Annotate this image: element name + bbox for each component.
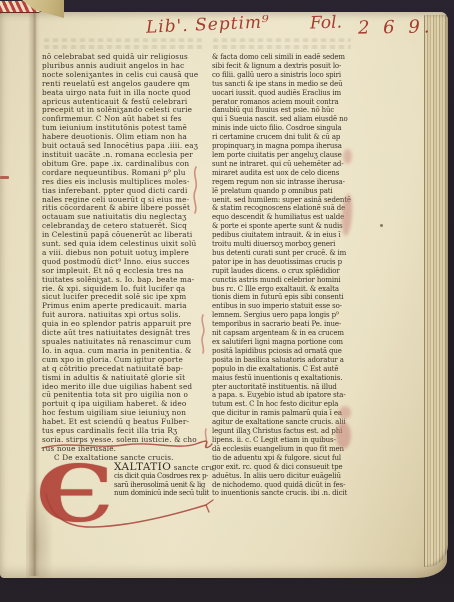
margin-red-dash xyxy=(0,176,9,179)
red-offset-smudge xyxy=(336,422,351,449)
text-line: posita in basilica saluatoris adoratur a xyxy=(212,356,354,365)
gutter-squiggle-2 xyxy=(198,314,208,354)
text-line: lē prelatum quando p omnibus pati xyxy=(212,187,354,196)
text-line: lem porte ciuitatis per angeluʒ clause xyxy=(212,151,354,160)
text-line: & facta domo celi simili in eadē sedem xyxy=(212,53,354,62)
text-line: positā lapidibus pciosis ad ornatā que xyxy=(212,347,354,356)
text-line: & statim recognoscens elationē suā de xyxy=(212,204,354,213)
text-line: propinquarʒ in magna pompa iherusa xyxy=(212,142,354,151)
text-line: qui ī Sueuia nascit. sed aliam eiusdē no xyxy=(212,115,354,124)
text-line: miraret audita est uox de celo dicens xyxy=(212,169,354,178)
text-line: tionis diem in futurū epis sibi consenti xyxy=(212,293,354,302)
text-line: perator romanos aciem mouit contra xyxy=(212,98,354,107)
text-line: troitu multi diuersoʒ morboʒ generi xyxy=(212,240,354,249)
text-line: que dicitur in ramis palmarū quia ī ea xyxy=(212,409,354,418)
book-photo: Lib'. Septim⁹ Fol. 2 6 9. nō celebrabat … xyxy=(0,0,454,602)
text-line: rupit laudes dicens. o crux splēdidior xyxy=(212,267,354,276)
text-line: co filii. gallū uero a sinistris loco sp… xyxy=(212,71,354,80)
text-line: sunt ne intraret. qui cū uehemēter ad- xyxy=(212,160,354,169)
text-line: & porte ei sponte aperte sunt & nudis xyxy=(212,222,354,231)
text-line: pedibus ciuitatem intrauit. & in eius ī xyxy=(212,231,354,240)
text-line: bus rc. C Ille ergo exaltauit. & exalta xyxy=(212,285,354,294)
showthrough-right xyxy=(213,38,351,50)
text-line: pter auctoritatē instituentis. nā illud xyxy=(212,383,354,392)
text-line: ex salutiferi ligni magna portione com xyxy=(212,338,354,347)
paper-speck xyxy=(380,224,383,227)
gutter-squiggle-1 xyxy=(191,166,201,214)
text-line: temporibus in sacrario beati Pe. inue- xyxy=(212,320,354,329)
text-line: equo descendit & humiliatus est ualde xyxy=(212,213,354,222)
folio-number: 2 6 9. xyxy=(358,16,434,38)
left-column-lines: nō celebrabat sed quidā uir religiosuspl… xyxy=(42,53,206,454)
text-line: lemnem. Sergius uero papa longis p⁹ xyxy=(212,311,354,320)
text-line: cunctis astris mundi celebrior homini xyxy=(212,276,354,285)
red-offset-smudge xyxy=(339,406,351,419)
text-line: tutum est. C In hoc festo dicitur epla xyxy=(212,400,354,409)
text-line: maius festū inuentionis q exaltationis. xyxy=(212,374,354,383)
text-line: pator ipe in has deuotissimas crucis p xyxy=(212,258,354,267)
text-line: ri certamine crucem dni tulit & cū ap xyxy=(212,133,354,142)
text-line: minis inde uicto filio. Cosdroe singula xyxy=(212,124,354,133)
showthrough-left xyxy=(44,38,202,50)
text-line: danubiū qui fluuius est psie. nō hūc xyxy=(212,106,354,115)
fore-edge-page-stack xyxy=(424,15,448,567)
gutter-squiggle-3 xyxy=(202,428,210,448)
text-line: entibus in suo imperio statuit esse so- xyxy=(212,302,354,311)
rubric-flourish xyxy=(30,432,245,562)
text-line: populo in die exaltationis. C Est autē xyxy=(212,365,354,374)
text-line: a papa. s. Euʒebio istud ab ipatore sta- xyxy=(212,391,354,400)
red-offset-smudge xyxy=(343,149,352,164)
text-line: agitur de exaltatione sancte crucis. ali… xyxy=(212,418,354,427)
text-line: uenit. sed humilem: super asinā sedentē xyxy=(212,196,354,205)
text-line: tus sancti & ipe stans in medio se deū xyxy=(212,80,354,89)
text-line: uocari iussit. quod audiēs Eraclius im xyxy=(212,89,354,98)
folio-label: Fol. xyxy=(310,12,343,33)
text-line: sibi fecit & lignum a dextris posuit lo- xyxy=(212,62,354,71)
text-line: nit capsam argenteam & in ea crucem xyxy=(212,329,354,338)
text-line: regem regum non sic intrasse iherusa- xyxy=(212,178,354,187)
text-line: bus detenti curati sunt per crucē. & im xyxy=(212,249,354,258)
